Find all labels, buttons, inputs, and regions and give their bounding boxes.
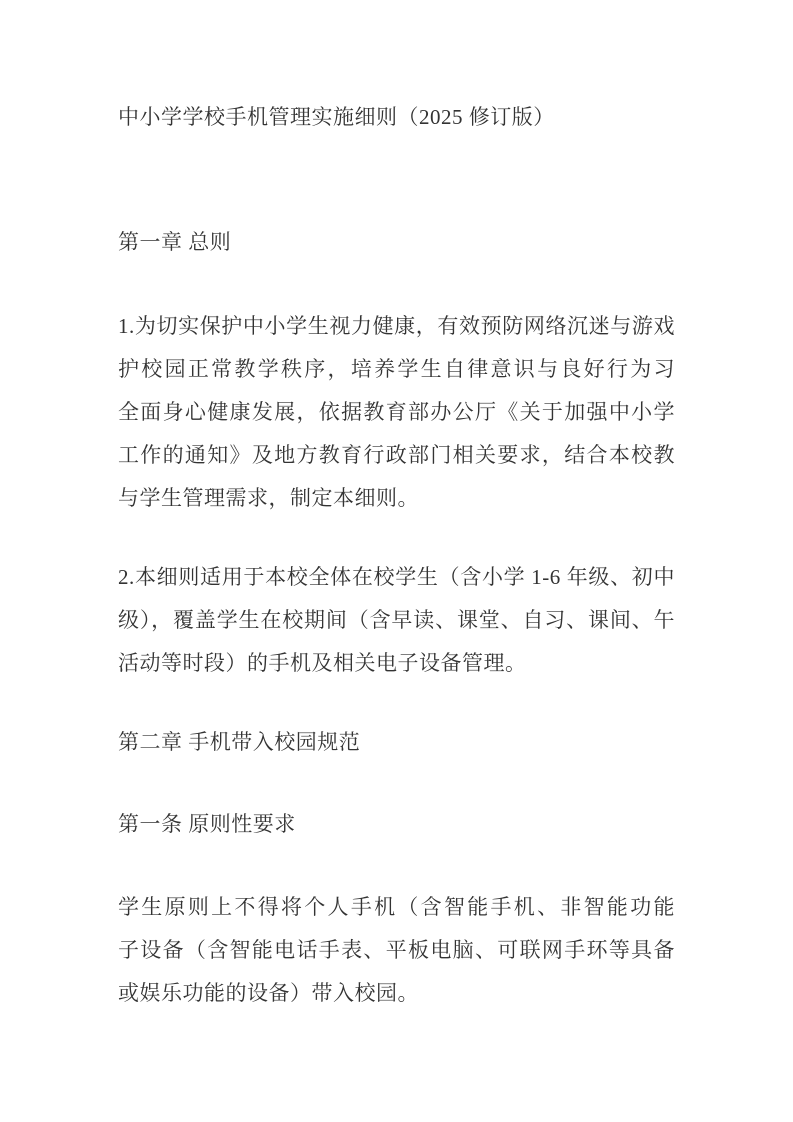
article-1-heading: 第一条 原则性要求 <box>118 803 675 846</box>
paragraph-line: 护校园正常教学秩序，培养学生自律意识与良好行为习惯，促进学生 <box>118 348 675 391</box>
paragraph-line: 子设备（含智能电话手表、平板电脑、可联网手环等具备通话、联网 <box>118 929 675 972</box>
paragraph-2: 2.本细则适用于本校全体在校学生（含小学 1-6 年级、初中 1-3 年 级），… <box>118 556 675 685</box>
paragraph-line: 学生原则上不得将个人手机（含智能手机、非智能功能机）、智能电 <box>118 886 675 929</box>
paragraph-3: 学生原则上不得将个人手机（含智能手机、非智能功能机）、智能电 子设备（含智能电话… <box>118 886 675 1015</box>
chapter-1-heading: 第一章 总则 <box>118 221 675 264</box>
paragraph-line: 活动等时段）的手机及相关电子设备管理。 <box>118 642 675 685</box>
paragraph-line: 级），覆盖学生在校期间（含早读、课堂、自习、课间、午休、课外 <box>118 599 675 642</box>
paragraph-line: 工作的通知》及地方教育行政部门相关要求，结合本校教育教学实际 <box>118 434 675 477</box>
document-page: 中小学学校手机管理实施细则（2025 修订版） 第一章 总则 1.为切实保护中小… <box>0 0 793 1122</box>
paragraph-1: 1.为切实保护中小学生视力健康，有效预防网络沉迷与游戏成瘾，维 护校园正常教学秩… <box>118 305 675 520</box>
paragraph-line: 或娱乐功能的设备）带入校园。 <box>118 972 675 1015</box>
chapter-2-heading: 第二章 手机带入校园规范 <box>118 721 675 764</box>
paragraph-line: 与学生管理需求，制定本细则。 <box>118 477 675 520</box>
document-title: 中小学学校手机管理实施细则（2025 修订版） <box>118 96 675 139</box>
paragraph-line: 全面身心健康发展，依据教育部办公厅《关于加强中小学生手机管理 <box>118 391 675 434</box>
document-content: 中小学学校手机管理实施细则（2025 修订版） 第一章 总则 1.为切实保护中小… <box>118 0 675 1015</box>
paragraph-line: 2.本细则适用于本校全体在校学生（含小学 1-6 年级、初中 1-3 年 <box>118 556 675 599</box>
paragraph-line: 1.为切实保护中小学生视力健康，有效预防网络沉迷与游戏成瘾，维 <box>118 305 675 348</box>
